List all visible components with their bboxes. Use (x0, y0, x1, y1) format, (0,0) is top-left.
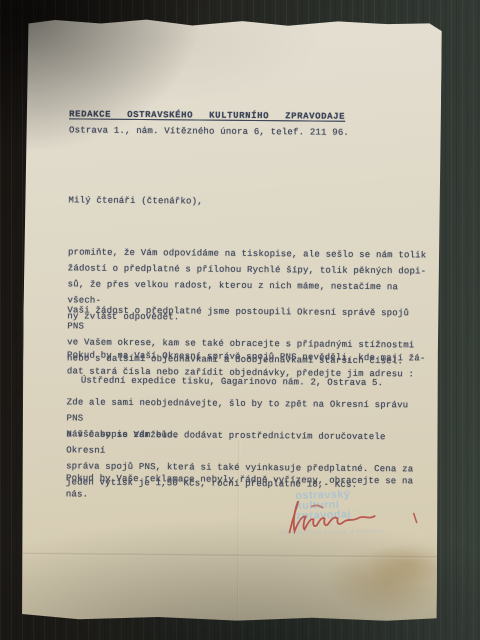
address-line: Ústřední expedice tisku, Gagarinovo nám.… (81, 372, 431, 391)
letterhead-address: Ostrava 1., nám. Vítězného února 6, tele… (69, 122, 349, 140)
letter-paper: REDAKCE OSTRAVSKÉHO KULTURNÍHO ZPRAVODAJ… (21, 18, 442, 624)
salutation: Milý čtenáři (čtenářko), (68, 192, 203, 209)
handwritten-signature (281, 492, 431, 543)
fold-crease-horizontal (21, 552, 437, 559)
scanned-letter-photo: REDAKCE OSTRAVSKÉHO KULTURNÍHO ZPRAVODAJ… (0, 0, 480, 640)
